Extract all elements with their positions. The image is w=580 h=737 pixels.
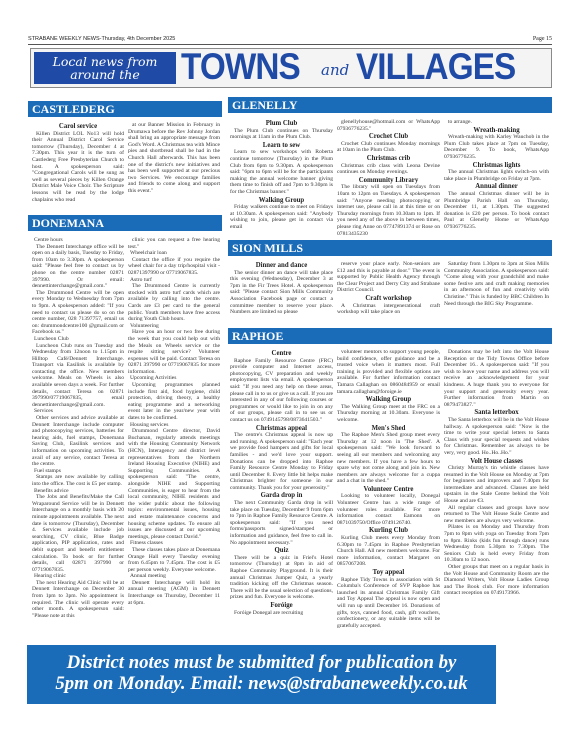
article-text: Killen District LOL No13 will hold their… (32, 131, 124, 204)
article-text: These classes takes place at Donemana Or… (128, 547, 220, 573)
masthead-towns: TOWNS (181, 46, 300, 88)
article-heading: Walking Group (230, 197, 333, 205)
article-text: Looking to volunteer locally, Donegal Vo… (337, 493, 440, 526)
sion-mills-col-3: Saturday from 1.30pm to 3pm at Sion Mill… (444, 261, 549, 307)
article-text: The next Hearing Aid Clinic will be at D… (32, 580, 124, 620)
article-text: The Dennett Interchange office will be o… (32, 244, 124, 290)
article-text: The Santa letterbox will be in the Volt … (444, 417, 549, 457)
article-text: The Raphoe Men's Shed group meet every T… (337, 432, 440, 485)
running-head: STRABANE WEEKLY NEWS-Thursday, 4th Decem… (28, 35, 552, 45)
article-heading: Kurling Club (337, 527, 440, 535)
article-text: All regular classes and groups have now … (444, 505, 549, 525)
article-text: clinic you can request a free hearing te… (128, 237, 220, 250)
article-heading: Volunteer Centre (337, 486, 440, 494)
article-heading: Men's Shed (337, 425, 440, 433)
article-heading: Garda drop in (230, 492, 333, 500)
article-text: The centre's Christmas appeal is now up … (230, 432, 333, 491)
article-text: Upcoming programmes planned include firs… (128, 382, 220, 422)
article-text: Raphoe Family Resource Centre (FRC) prov… (230, 358, 333, 424)
article-text: glenellyhouse@hotmail.com or WhatsApp 07… (337, 119, 440, 132)
article-text: Raphoe Tidy Towns in association with St… (337, 577, 440, 630)
raphoe-col-1: Centre Raphoe Family Resource Centre (FR… (230, 349, 333, 616)
section-header-sion-mills: SION MILLS (228, 240, 552, 256)
subheading: Annual meeting (128, 573, 220, 580)
article-text: at our Banner Mission in February in Dru… (128, 122, 220, 195)
masthead-script-box: Local news from around the (34, 52, 176, 84)
subheading: Hearing clinic (32, 573, 124, 580)
publication-line: STRABANE WEEKLY NEWS-Thursday, 4th Decem… (28, 35, 175, 44)
article-text: The Walking Group meet at the FRC on a T… (337, 404, 440, 424)
article-text: reserve your place early. Non-seniors ar… (337, 261, 440, 294)
article-text: Drummond Centre director, David Buchanan… (128, 428, 220, 540)
article-heading: Christmas appeal (230, 425, 333, 433)
raphoe-col-3: Donations may be left into the Volt Hous… (444, 349, 549, 597)
sion-mills-col-2: reserve your place early. Non-seniors ar… (337, 261, 440, 316)
article-text: The Jobs and Benefits/Make the Call Wrap… (32, 494, 124, 573)
subheading: Luncheon Club (32, 336, 124, 343)
section-header-donemana: DONEMANA (28, 215, 222, 231)
article-text: volunteer mentors to support young peopl… (337, 349, 440, 395)
article-text: The annual Christmas lights switch-on wi… (444, 169, 549, 182)
subheading: Astro turf (128, 277, 220, 284)
raphoe-col-2: volunteer mentors to support young peopl… (337, 349, 440, 629)
submission-notice-banner: District notes must be submitted for pub… (27, 645, 496, 704)
article-text: The senior dinner an dance will take pla… (230, 270, 333, 316)
article-heading: Dinner and dance (230, 262, 333, 270)
banner-line-2: 5pm on Monday. Email: news@strabaneweekl… (27, 673, 496, 694)
subheading: Housing services (128, 422, 220, 429)
article-heading: Walking Group (337, 396, 440, 404)
page-number: Page 15 (533, 35, 552, 44)
article-text: to arrange. (444, 119, 549, 126)
masthead-script-line-2: around the (34, 68, 176, 81)
article-text: The annual Christmas dinner will be in P… (444, 191, 549, 231)
article-heading: Santa letterbox (444, 409, 549, 417)
article-text: Learn to sew workshops with Roberta cont… (230, 149, 333, 195)
article-heading: Carol service (32, 123, 124, 131)
article-text: There will be a quiz in Friel's Hotel to… (230, 555, 333, 601)
masthead-and: and (321, 61, 349, 79)
subheading: Centre hours (32, 237, 124, 244)
article-heading: Centre (230, 350, 333, 358)
donemana-col-1: Centre hours The Dennett Interchange off… (32, 237, 124, 619)
article-text: The next Community Garda drop in will ta… (230, 500, 333, 546)
section-header-glenelly: GLENELLY (228, 97, 552, 113)
article-heading: Wreath-making (444, 127, 549, 135)
article-heading: Craft workshop (337, 295, 440, 303)
subheading: Fitness classes (128, 540, 220, 547)
article-text: Donations may be left into the Volt Hous… (444, 349, 549, 408)
article-text: Foróige Donegal are recruiting (230, 610, 333, 617)
section-header-castlederg: CASTLEDERG (28, 101, 222, 117)
article-text: Contact the office if you require the wh… (128, 257, 220, 277)
article-text: Stamps are now available by calling into… (32, 474, 124, 487)
subheading: Fuel stamps (32, 468, 124, 475)
article-text: Have you an hour or two free during the … (128, 329, 220, 375)
article-heading: Quiz (230, 547, 333, 555)
article-text: Luncheon Club runs on Tuesday and Wednes… (32, 343, 124, 409)
article-text: The library will open on Tuesdays from 1… (337, 184, 440, 237)
article-text: Crochet Club continues Monday mornings a… (337, 141, 440, 154)
article-heading: Foróige (230, 602, 333, 610)
section-header-raphoe: RAPHOE (228, 328, 552, 344)
article-text: Kurling Club meets every Monday from 6.3… (337, 535, 440, 568)
article-text: Wreath-making with Karley Wauchob in the… (444, 134, 549, 160)
subheading: Upcoming Activities (128, 375, 220, 382)
masthead-villages: VILLAGES (356, 46, 515, 88)
article-text: Other services and advice available at D… (32, 415, 124, 468)
article-text: Other groups that meet on a regular basi… (444, 564, 549, 597)
article-heading: Plum Club (230, 120, 333, 128)
glenelly-col-3: to arrange. Wreath-making Wreath-making … (444, 119, 549, 231)
castlederg-col-1: Carol service Killen District LOL No13 w… (32, 122, 124, 203)
banner-line-1: District notes must be submitted for pub… (27, 652, 496, 673)
castlederg-col-2: at our Banner Mission in February in Dru… (128, 122, 220, 195)
article-text: A Christmas intergenerational craft work… (337, 303, 440, 316)
article-heading: Annual dinner (444, 183, 549, 191)
subheading: Services (32, 408, 124, 415)
glenelly-col-1: Plum Club The Plum Club continues on Thu… (230, 119, 333, 231)
article-text: Saturday from 1.30pm to 3pm at Sion Mill… (444, 261, 549, 307)
article-text: The Drummond Centre will be open every M… (32, 290, 124, 336)
article-heading: Christmas lights (444, 162, 549, 170)
article-heading: Crochet Club (337, 133, 440, 141)
article-heading: Volt House classes (444, 458, 549, 466)
donemana-col-2: clinic you can request a free hearing te… (128, 237, 220, 606)
subheading: Wheelchair loan (128, 250, 220, 257)
article-text: Pilates is on Monday and Thursday from 7… (444, 524, 549, 564)
article-heading: Toy appeal (337, 569, 440, 577)
article-heading: Christmas crib (337, 155, 440, 163)
article-text: Friday walkers continue to meet on Frida… (230, 204, 333, 230)
article-text: Christmas crib class with Leona Devine c… (337, 163, 440, 176)
article-text: The Plum Club continues on Thursday morn… (230, 128, 333, 141)
glenelly-col-2: glenellyhouse@hotmail.com or WhatsApp 07… (337, 119, 440, 237)
sion-mills-col-1: Dinner and dance The senior dinner an da… (230, 261, 333, 316)
article-text: Dennett Interchange will hold its annual… (128, 580, 220, 606)
article-text: The Drummond Centre is currently stocked… (128, 283, 220, 323)
article-text: Christy Murray's tin whistle classes hav… (444, 465, 549, 505)
masthead: Local news from around the TOWNS and VIL… (30, 48, 552, 88)
article-heading: Learn to sew (230, 142, 333, 150)
